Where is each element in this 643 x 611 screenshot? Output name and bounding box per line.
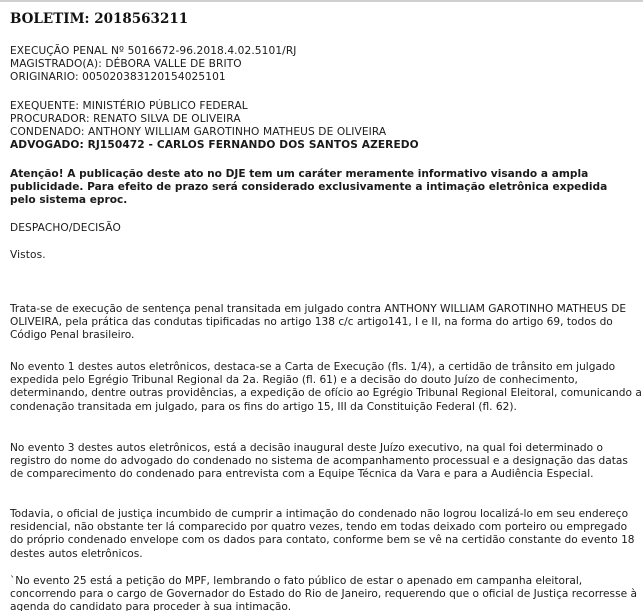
magistrado-line: MAGISTRADO(A): DÉBORA VALLE DE BRITO xyxy=(10,58,242,71)
page-top-border xyxy=(0,0,643,2)
procurador-line: PROCURADOR: RENATO SILVA DE OLIVEIRA xyxy=(10,113,241,126)
paragraph-1: Trata-se de execução de sentença penal t… xyxy=(10,303,638,343)
paragraph-2: No evento 1 destes autos eletrônicos, de… xyxy=(10,361,642,414)
notice-paragraph: Atenção! A publicação deste ato no DJE t… xyxy=(10,168,630,208)
advogado-line: ADVOGADO: RJ150472 - CARLOS FERNANDO DOS… xyxy=(10,139,419,152)
exequente-line: EXEQUENTE: MINISTÉRIO PÚBLICO FEDERAL xyxy=(10,100,248,113)
paragraph-3: No evento 3 destes autos eletrônicos, es… xyxy=(10,442,642,482)
boletim-title: BOLETIM: 2018563211 xyxy=(10,11,188,27)
condenado-line: CONDENADO: ANTHONY WILLIAM GAROTINHO MAT… xyxy=(10,126,386,139)
execucao-penal-line: EXECUÇÃO PENAL Nº 5016672-96.2018.4.02.5… xyxy=(10,45,297,58)
paragraph-5: `No evento 25 está a petição do MPF, lem… xyxy=(10,575,642,611)
originario-line: ORIGINARIO: 00502038312015402510​1 xyxy=(10,71,226,84)
section-title: DESPACHO/DECISÃO xyxy=(10,222,121,235)
paragraph-4: Todavia, o oficial de justiça incumbido … xyxy=(10,508,640,561)
vistos-text: Vistos. xyxy=(10,249,46,262)
